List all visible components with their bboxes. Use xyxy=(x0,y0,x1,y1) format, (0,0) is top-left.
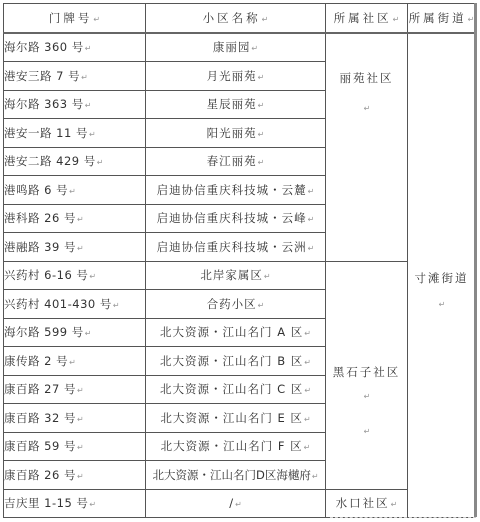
dashed-border xyxy=(330,517,476,519)
community-name-cell: 合药小区↵ xyxy=(146,290,326,319)
address-cell: 海尔路 599 号↵ xyxy=(4,318,146,347)
community-name-cell: 北大资源・江山名门 C 区↵ xyxy=(146,375,326,404)
address-cell: 康百路 32 号↵ xyxy=(4,404,146,433)
community-name-cell: 启迪协信重庆科技城・云麓↵ xyxy=(146,176,326,205)
header-community-name: 小区名称↵ xyxy=(146,4,326,33)
address-cell: 海尔路 360 号↵ xyxy=(4,33,146,62)
table-row: 吉庆里 1-15 号↵ /↵ 水口社区↵ xyxy=(4,489,476,518)
page-edge-divider xyxy=(474,3,477,517)
community-name-cell: 康丽园↵ xyxy=(146,33,326,62)
community-name-cell: 北大资源・江山名门 B 区↵ xyxy=(146,347,326,376)
address-cell: 康百路 27 号↵ xyxy=(4,375,146,404)
address-cell: 港安二路 429 号↵ xyxy=(4,147,146,176)
community-name-cell: 阳光丽苑↵ xyxy=(146,119,326,148)
community-name-cell: 北大资源・江山名门 F 区↵ xyxy=(146,432,326,461)
address-cell: 吉庆里 1-15 号↵ xyxy=(4,489,146,518)
community-name-cell: 月光丽苑↵ xyxy=(146,62,326,91)
document-page: 门牌号↵ 小区名称↵ 所属社区↵ 所属街道↵ 海尔路 360 号↵ 康丽园↵ 丽… xyxy=(0,0,480,522)
address-cell: 港鸣路 6 号↵ xyxy=(4,176,146,205)
table-row: 海尔路 360 号↵ 康丽园↵ 丽苑社区↵ 寸滩街道↵ xyxy=(4,33,476,62)
address-cell: 海尔路 363 号↵ xyxy=(4,90,146,119)
community-name-cell: /↵ xyxy=(146,489,326,518)
neighborhood-cell-shuikou: 水口社区↵ xyxy=(326,489,408,518)
address-cell: 港安三路 7 号↵ xyxy=(4,62,146,91)
community-name-cell: 星辰丽苑↵ xyxy=(146,90,326,119)
address-cell: 港安一路 11 号↵ xyxy=(4,119,146,148)
neighborhood-cell-liyuan: 丽苑社区↵ xyxy=(326,33,408,262)
header-address: 门牌号↵ xyxy=(4,4,146,33)
community-name-cell: 启迪协信重庆科技城・云洲↵ xyxy=(146,233,326,262)
address-cell: 港融路 39 号↵ xyxy=(4,233,146,262)
address-cell: 港科路 26 号↵ xyxy=(4,204,146,233)
table-header-row: 门牌号↵ 小区名称↵ 所属社区↵ 所属街道↵ xyxy=(4,4,476,33)
community-name-cell: 北大资源・江山名门 E 区↵ xyxy=(146,404,326,433)
neighborhood-cell-heishizi: 黑石子社区↵↵ xyxy=(326,261,408,489)
address-cell: 康百路 26 号↵ xyxy=(4,461,146,490)
table-row: 兴药村 6-16 号↵ 北岸家属区↵ 黑石子社区↵↵ xyxy=(4,261,476,290)
header-street: 所属街道↵ xyxy=(408,4,476,33)
address-cell: 兴药村 6-16 号↵ xyxy=(4,261,146,290)
community-address-table: 门牌号↵ 小区名称↵ 所属社区↵ 所属街道↵ 海尔路 360 号↵ 康丽园↵ 丽… xyxy=(3,3,476,518)
header-neighborhood: 所属社区↵ xyxy=(326,4,408,33)
community-name-cell: 启迪协信重庆科技城・云峰↵ xyxy=(146,204,326,233)
street-cell: 寸滩街道↵ xyxy=(408,33,476,518)
address-cell: 康传路 2 号↵ xyxy=(4,347,146,376)
community-name-cell: 北大资源・江山名门D区海樾府↵ xyxy=(146,461,326,490)
community-name-cell: 春江丽苑↵ xyxy=(146,147,326,176)
address-cell: 康百路 59 号↵ xyxy=(4,432,146,461)
community-name-cell: 北岸家属区↵ xyxy=(146,261,326,290)
community-name-cell: 北大资源・江山名门 A 区↵ xyxy=(146,318,326,347)
address-cell: 兴药村 401-430 号↵ xyxy=(4,290,146,319)
